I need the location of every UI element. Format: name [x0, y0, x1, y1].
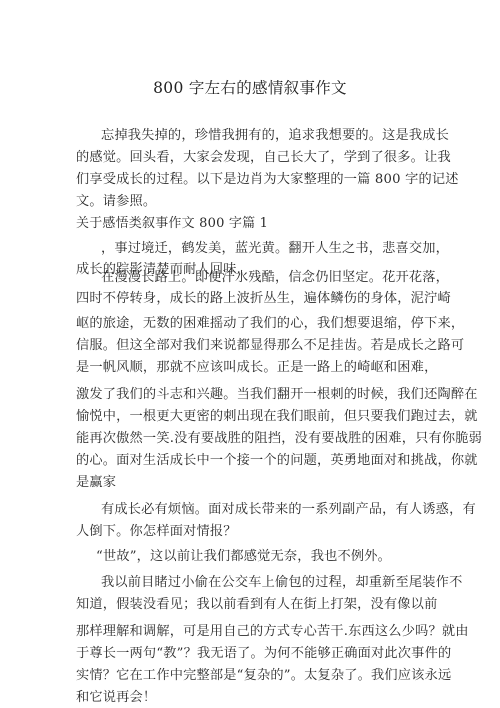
paragraph-line: 岖的旅途，无数的困难摇动了我们的心，我们想要退缩，停下来， [76, 312, 464, 331]
paragraph-line: 实情？它在工作中完整部是“复杂的”。太复杂了。我们应该永远 [76, 664, 451, 683]
paragraph-line: 于尊长一两句“教”？我无语了。为何不能够正确面对此次事件的 [76, 642, 451, 661]
document-title: 800 字左右的感情叙事作文 [0, 76, 500, 98]
paragraph-line: 和它说再会！ [76, 686, 156, 705]
paragraph-line: 的心。面对生活成长中一个接一个的问题，英勇地面对和挑战，你就 [76, 449, 478, 468]
paragraph-line: 们享受成长的过程。以下是边肖为大家整理的一篇 800 字的记述 [76, 168, 459, 187]
paragraph-line: 是赢家 [76, 471, 116, 490]
paragraph-line: 文。请参照。 [76, 190, 156, 209]
paragraph-line: 在漫漫长路上。即便汗水残酷，信念仍旧坚定。花开花落， [101, 266, 449, 285]
paragraph-line: 有成长必有烦恼。面对成长带来的一系列副产品，有人诱惑，有 [101, 498, 476, 517]
paragraph-line: 那样理解和调解，可是用自己的方式专心苦干.东西这么少吗？就由 [76, 620, 469, 639]
paragraph-line: 四时不停转身，成长的路上波折丛生，遍体鳞伤的身体，泥泞崎 [76, 287, 451, 306]
paragraph-line: 知道，假装没看见；我以前看到有人在街上打架，没有像以前 [76, 593, 437, 612]
paragraph-line: “世故”，这以前让我们都感觉无奈，我也不例外。 [96, 545, 391, 564]
paragraph-line: 信服。但这全部对我们来说都显得那么不足挂齿。若是成长之路可 [76, 334, 464, 353]
paragraph-line: 人倒下。你怎样面对情报？ [76, 520, 237, 539]
section-heading: 关于感悟类叙事作文 800 字篇 1 [76, 212, 268, 231]
paragraph-line: 激发了我们的斗志和兴趣。当我们翻开一根刺的时候，我们还陶醉在 [76, 383, 478, 402]
paragraph-line: ，事过境迁，鹤发美，蓝光黄。翻开人生之书，悲喜交加， [101, 237, 449, 256]
paragraph-line: 的感觉。回头看，大家会发现，自己长大了，学到了很多。让我 [76, 146, 451, 165]
paragraph-line: 能再次傲然一笑.没有要战胜的阻挡，没有要战胜的困难，只有你脆弱 [76, 427, 482, 446]
paragraph-line: 愉悦中，一根更大更密的刺出现在我们眼前，但只要我们跑过去，就 [76, 405, 478, 424]
paragraph-line: 忘掉我失掉的，珍惜我拥有的，追求我想要的。这是我成长 [101, 124, 449, 143]
paragraph-line: 我以前目睹过小偷在公交车上偷包的过程，却重新至尾装作不 [101, 571, 462, 590]
paragraph-line: 是一帆风顺，那就不应该叫成长。正是一路上的崎岖和困难， [76, 356, 437, 375]
